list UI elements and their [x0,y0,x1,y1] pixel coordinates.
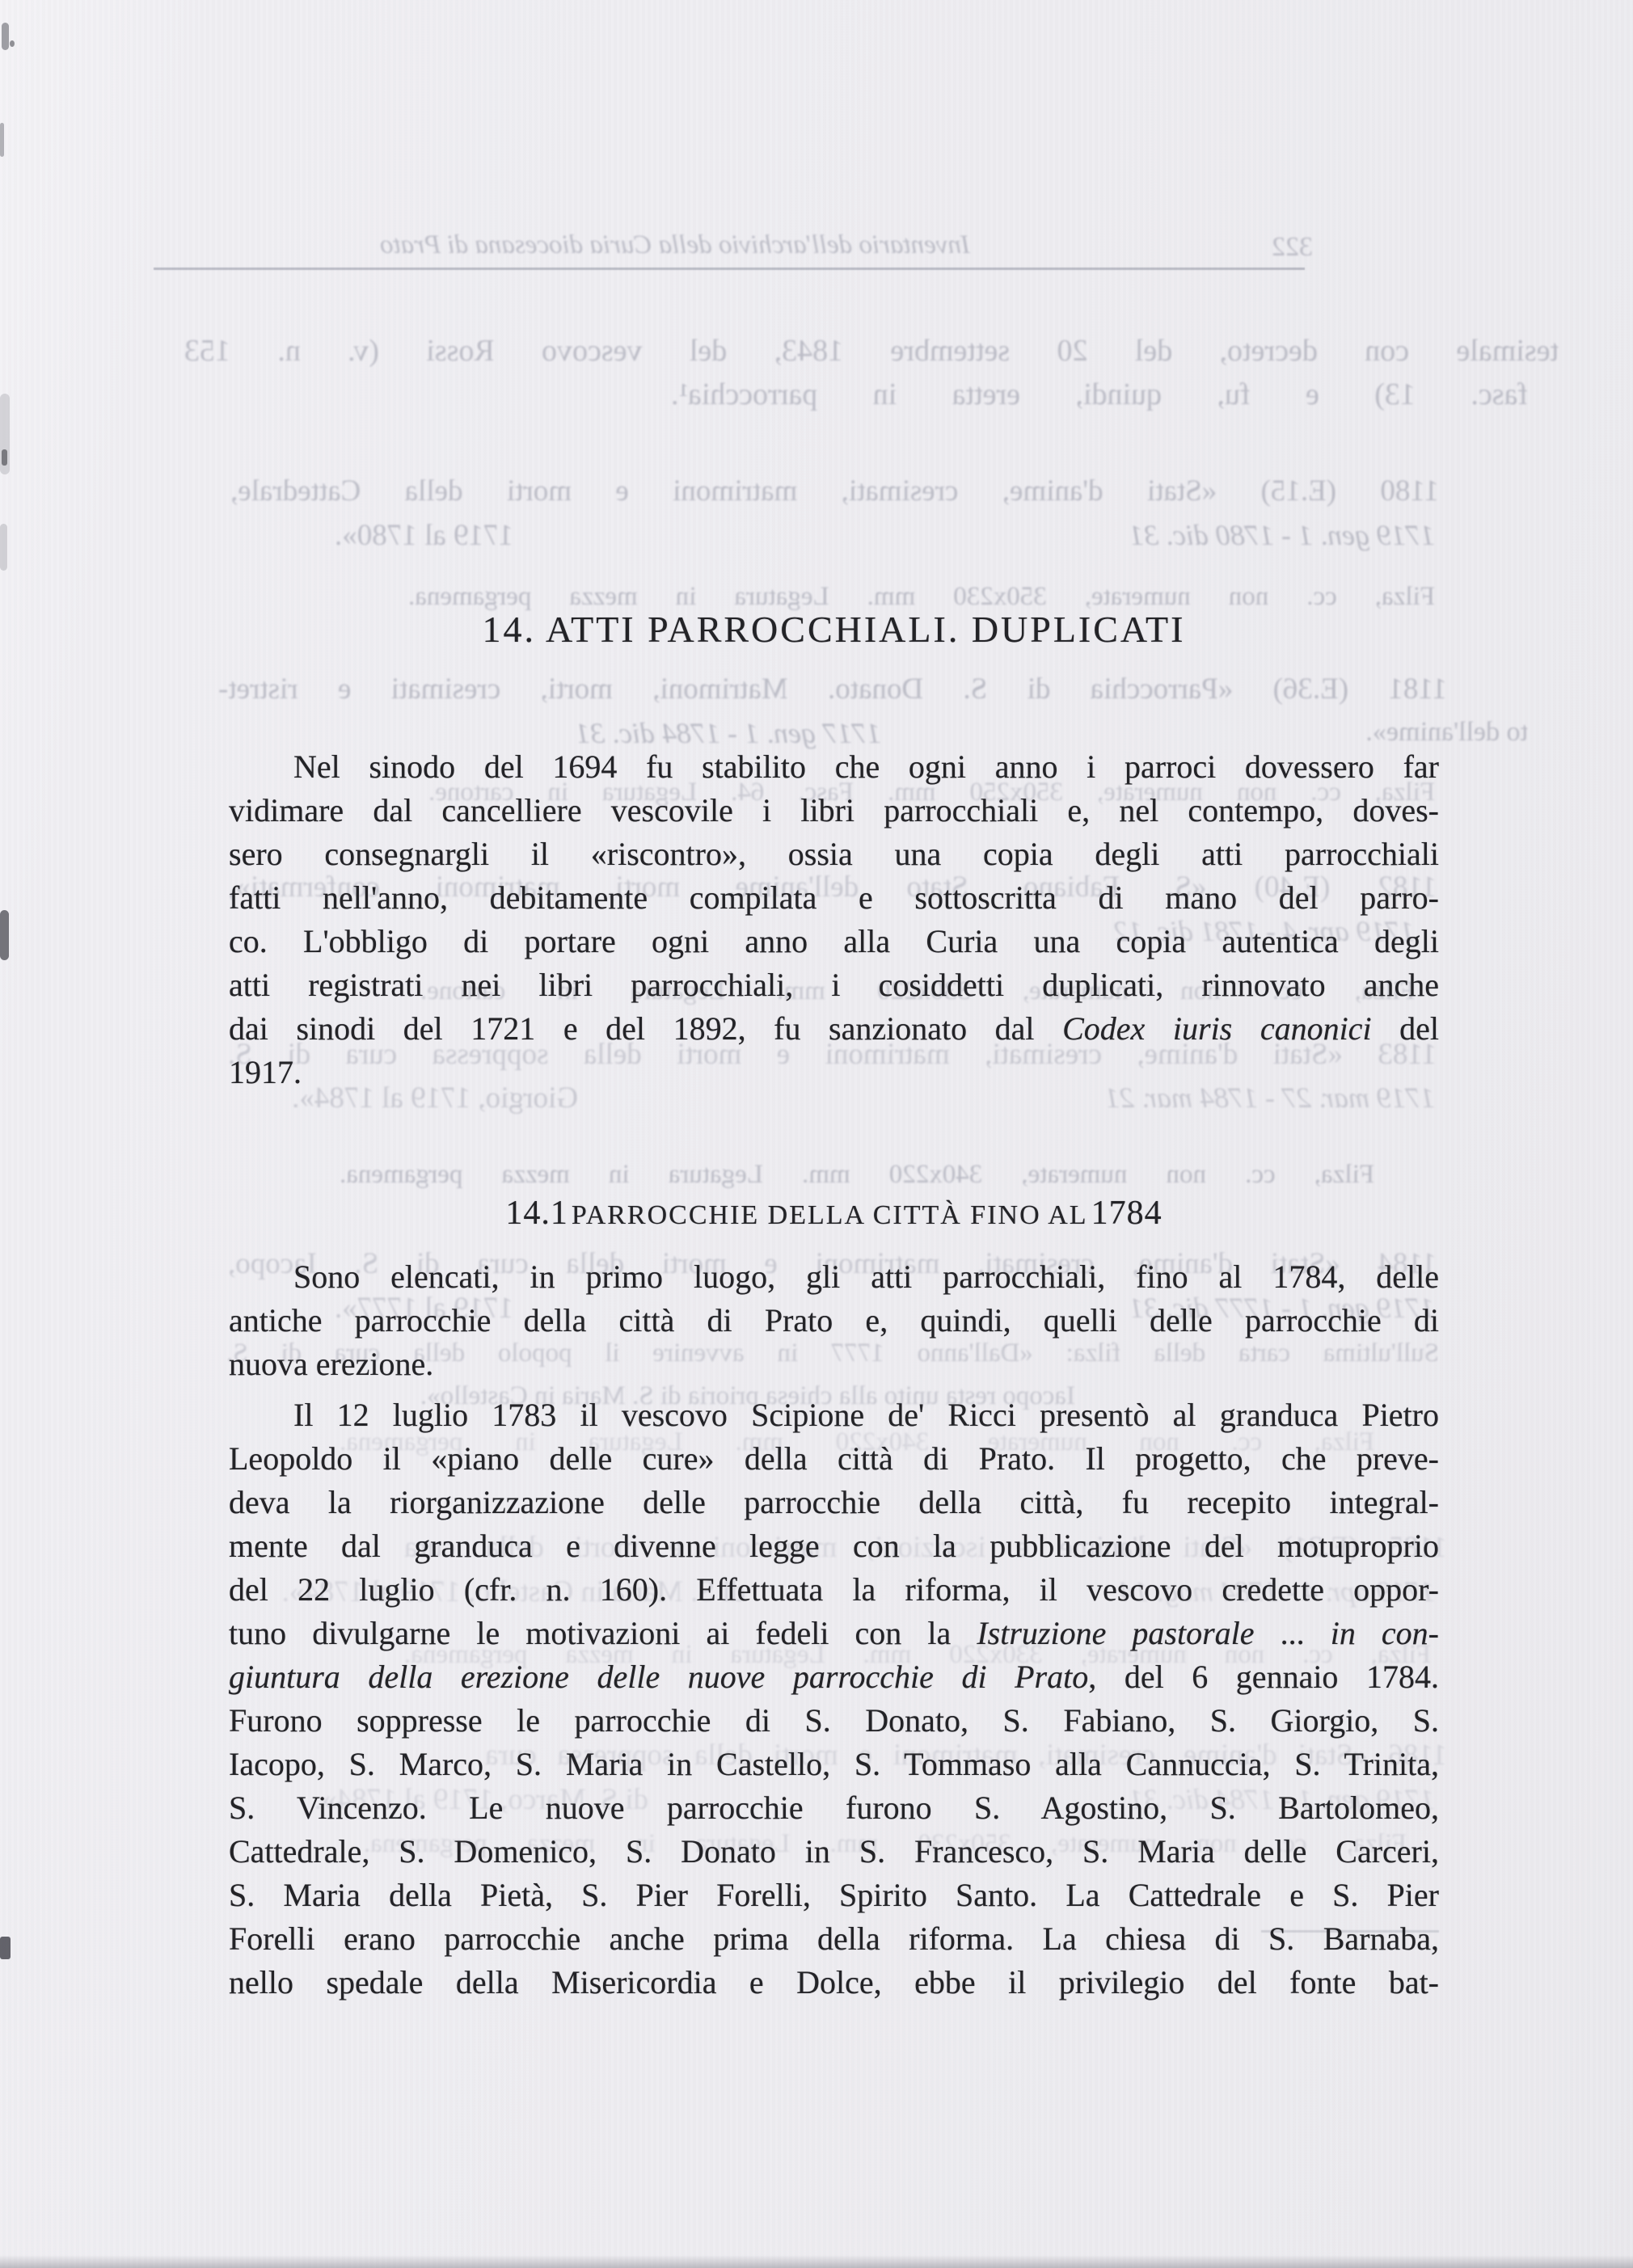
text-line: S. Vincenzo. Le nuove parrocchie furono … [229,1786,1439,1830]
scan-artifact [0,1937,11,1959]
text-line: mente dal granduca e divenne legge con l… [229,1524,1439,1568]
text-run: Cattedrale, S. Domenico, S. Donato in S.… [229,1833,1439,1870]
text-run: Nel sinodo del 1694 fu stabilito che ogn… [293,748,1439,785]
text-line: co. L'obbligo di portare ogni anno alla … [229,920,1439,963]
section-number: 14.1 [505,1195,568,1232]
text-line: tuno divulgarne le motivazioni ai fedeli… [229,1612,1439,1655]
section-heading: 14.1 PARROCCHIE DELLA CITTÀ FINO AL 1784 [229,1196,1439,1230]
text-run: 1917. [229,1054,302,1090]
text-line: Il 12 luglio 1783 il vescovo Scipione de… [229,1393,1439,1437]
text-line: Cattedrale, S. Domenico, S. Donato in S.… [229,1830,1439,1874]
text-run: atti registrati nei libri parrocchiali, … [229,967,1439,1003]
text-run: dai sinodi del 1721 e del 1892, fu sanzi… [229,1010,1062,1047]
text-run: mente dal granduca e divenne legge con l… [229,1528,1439,1564]
text-line: nuova erezione. [229,1343,1439,1386]
paragraph: Nel sinodo del 1694 fu stabilito che ogn… [229,745,1439,1094]
book-page: Inventario dell'archivio della Curia dio… [0,0,1633,2268]
text-run: fatti nell'anno, debitamente compilata e… [229,879,1439,916]
text-line: deva la riorganizzazione delle parrocchi… [229,1481,1439,1524]
text-line: Forelli erano parrocchie anche prima del… [229,1917,1439,1961]
text-line: Nel sinodo del 1694 fu stabilito che ogn… [229,745,1439,789]
text-run: Leopoldo il «piano delle cure» della cit… [229,1440,1439,1477]
paragraph: Sono elencati, in primo luogo, gli atti … [229,1255,1439,1386]
text-run: Sono elencati, in primo luogo, gli atti … [293,1258,1439,1295]
text-line: Leopoldo il «piano delle cure» della cit… [229,1437,1439,1481]
text-run: , del 6 gennaio 1784. [1088,1659,1439,1695]
text-line: nello spedale della Misericordia e Dolce… [229,1961,1439,2005]
text-run: S. Maria della Pietà, S. Pier Forelli, S… [229,1877,1439,1913]
text-line: antiche parrocchie della città di Prato … [229,1299,1439,1343]
scan-artifact [0,910,9,960]
text-line: giuntura della erezione delle nuove parr… [229,1655,1439,1699]
paragraph: Il 12 luglio 1783 il vescovo Scipione de… [229,1393,1439,2005]
section-year: 1784 [1091,1195,1163,1232]
text-run: S. Vincenzo. Le nuove parrocchie furono … [229,1790,1439,1826]
printed-text-layer: 14. ATTI PARROCCHIALI. DUPLICATI 14.1 PA… [0,0,1633,2268]
text-line: atti registrati nei libri parrocchiali, … [229,963,1439,1007]
text-run: nello spedale della Misericordia e Dolce… [229,1964,1439,2000]
text-run: tuno divulgarne le motivazioni ai fedeli… [229,1615,977,1651]
text-run: Codex iuris canonici [1062,1010,1371,1047]
text-run: Forelli erano parrocchie anche prima del… [229,1920,1439,1957]
scan-artifact [10,40,15,47]
text-run: del [1372,1010,1439,1047]
text-run: Il 12 luglio 1783 il vescovo Scipione de… [293,1397,1439,1433]
text-run: antiche parrocchie della città di Prato … [229,1302,1439,1338]
text-line: dai sinodi del 1721 e del 1892, fu sanzi… [229,1007,1439,1051]
text-line: sero consegnargli il «riscontro», ossia … [229,833,1439,876]
text-line: S. Maria della Pietà, S. Pier Forelli, S… [229,1874,1439,1917]
text-run: Furono soppresse le parrocchie di S. Don… [229,1702,1439,1739]
page-bottom-shadow [0,2255,1633,2268]
text-line: 1917. [229,1051,1439,1094]
scan-artifact [2,23,9,50]
text-run: deva la riorganizzazione delle parrocchi… [229,1484,1439,1520]
text-line: Sono elencati, in primo luogo, gli atti … [229,1255,1439,1299]
text-line: del 22 luglio (cfr. n. 160). Effettuata … [229,1568,1439,1612]
text-run: giuntura della erezione delle nuove parr… [229,1659,1088,1695]
text-line: fatti nell'anno, debitamente compilata e… [229,876,1439,920]
text-run: nuova erezione. [229,1346,433,1382]
text-run: vidimare dal cancelliere vescovile i lib… [229,792,1439,828]
text-run: del 22 luglio (cfr. n. 160). Effettuata … [229,1571,1439,1608]
text-run: ... [1255,1615,1331,1651]
section-heading-text: PARROCCHIE DELLA CITTÀ FINO AL [572,1200,1088,1230]
scan-artifact [2,449,7,466]
scan-artifact [0,524,7,571]
text-run: Istruzione pastorale [977,1615,1254,1651]
chapter-title: 14. ATTI PARROCCHIALI. DUPLICATI [229,611,1439,648]
text-run: co. L'obbligo di portare ogni anno alla … [229,923,1439,959]
text-line: Furono soppresse le parrocchie di S. Don… [229,1699,1439,1743]
text-run: Iacopo, S. Marco, S. Maria in Castello, … [229,1746,1439,1782]
text-line: Iacopo, S. Marco, S. Maria in Castello, … [229,1743,1439,1786]
text-line: vidimare dal cancelliere vescovile i lib… [229,789,1439,833]
text-run: in con- [1331,1615,1439,1651]
text-run: sero consegnargli il «riscontro», ossia … [229,836,1439,872]
scan-artifact [0,123,4,157]
